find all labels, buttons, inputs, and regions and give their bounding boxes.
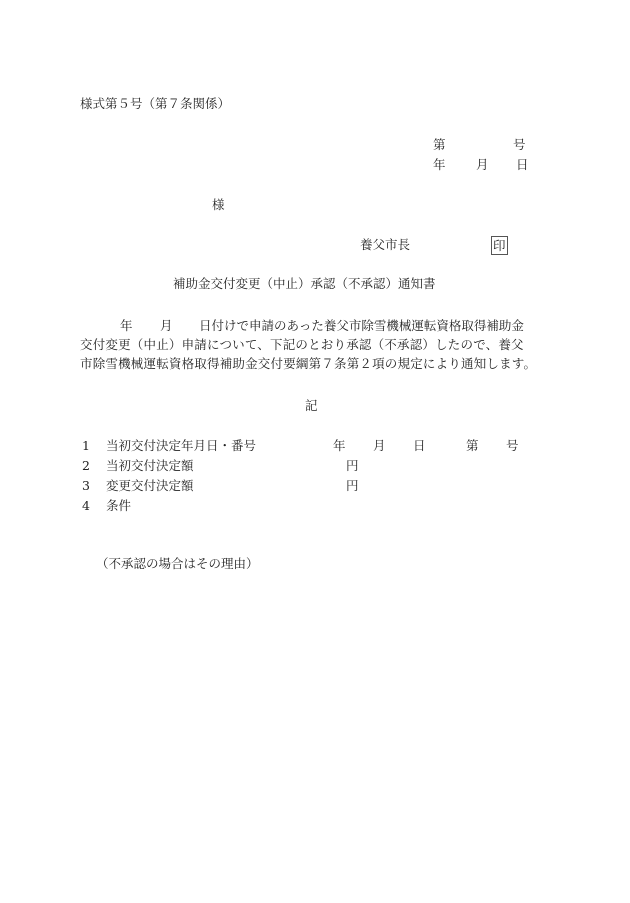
item-label: 変更交付決定額 xyxy=(106,480,194,493)
item-number: 3 xyxy=(82,480,90,493)
item-number: 4 xyxy=(82,500,90,513)
seal-mark: 印 xyxy=(491,236,508,255)
body-line1-rest: 日付けで申請のあった養父市除雪機械運転資格取得補助金 xyxy=(199,320,524,333)
item-label: 当初交付決定額 xyxy=(106,460,194,473)
item-number: 2 xyxy=(82,460,90,473)
doc-number-go: 号 xyxy=(513,139,526,152)
item-month: 月 xyxy=(373,440,386,453)
ki-heading: 記 xyxy=(305,400,318,413)
issuer-name: 養父市長 xyxy=(360,239,410,252)
item-label: 当初交付決定年月日・番号 xyxy=(106,440,256,453)
item-day: 日 xyxy=(413,440,426,453)
date-day: 日 xyxy=(516,159,529,172)
reason-note: （不承認の場合はその理由） xyxy=(96,558,259,571)
item-unit-yen: 円 xyxy=(346,480,359,493)
item-year: 年 xyxy=(333,440,346,453)
body-line1-year: 年 xyxy=(120,320,133,333)
item-number: 1 xyxy=(82,440,90,453)
body-line3: 市除雪機械運転資格取得補助金交付要綱第７条第２項の規定により通知します。 xyxy=(80,358,536,371)
addressee-suffix: 様 xyxy=(212,199,225,212)
form-header: 様式第５号（第７条関係） xyxy=(80,98,230,111)
item-dai: 第 xyxy=(466,440,479,453)
document-title: 補助金交付変更（中止）承認（不承認）通知書 xyxy=(173,278,436,291)
date-year: 年 xyxy=(433,159,446,172)
doc-number-dai: 第 xyxy=(433,139,446,152)
body-line1-month: 月 xyxy=(160,320,173,333)
item-unit-yen: 円 xyxy=(346,460,359,473)
item-go: 号 xyxy=(506,440,519,453)
item-label: 条件 xyxy=(106,500,131,513)
body-line2: 交付変更（中止）申請について、下記のとおり承認（不承認）したので、養父 xyxy=(80,339,524,352)
date-month: 月 xyxy=(476,159,489,172)
